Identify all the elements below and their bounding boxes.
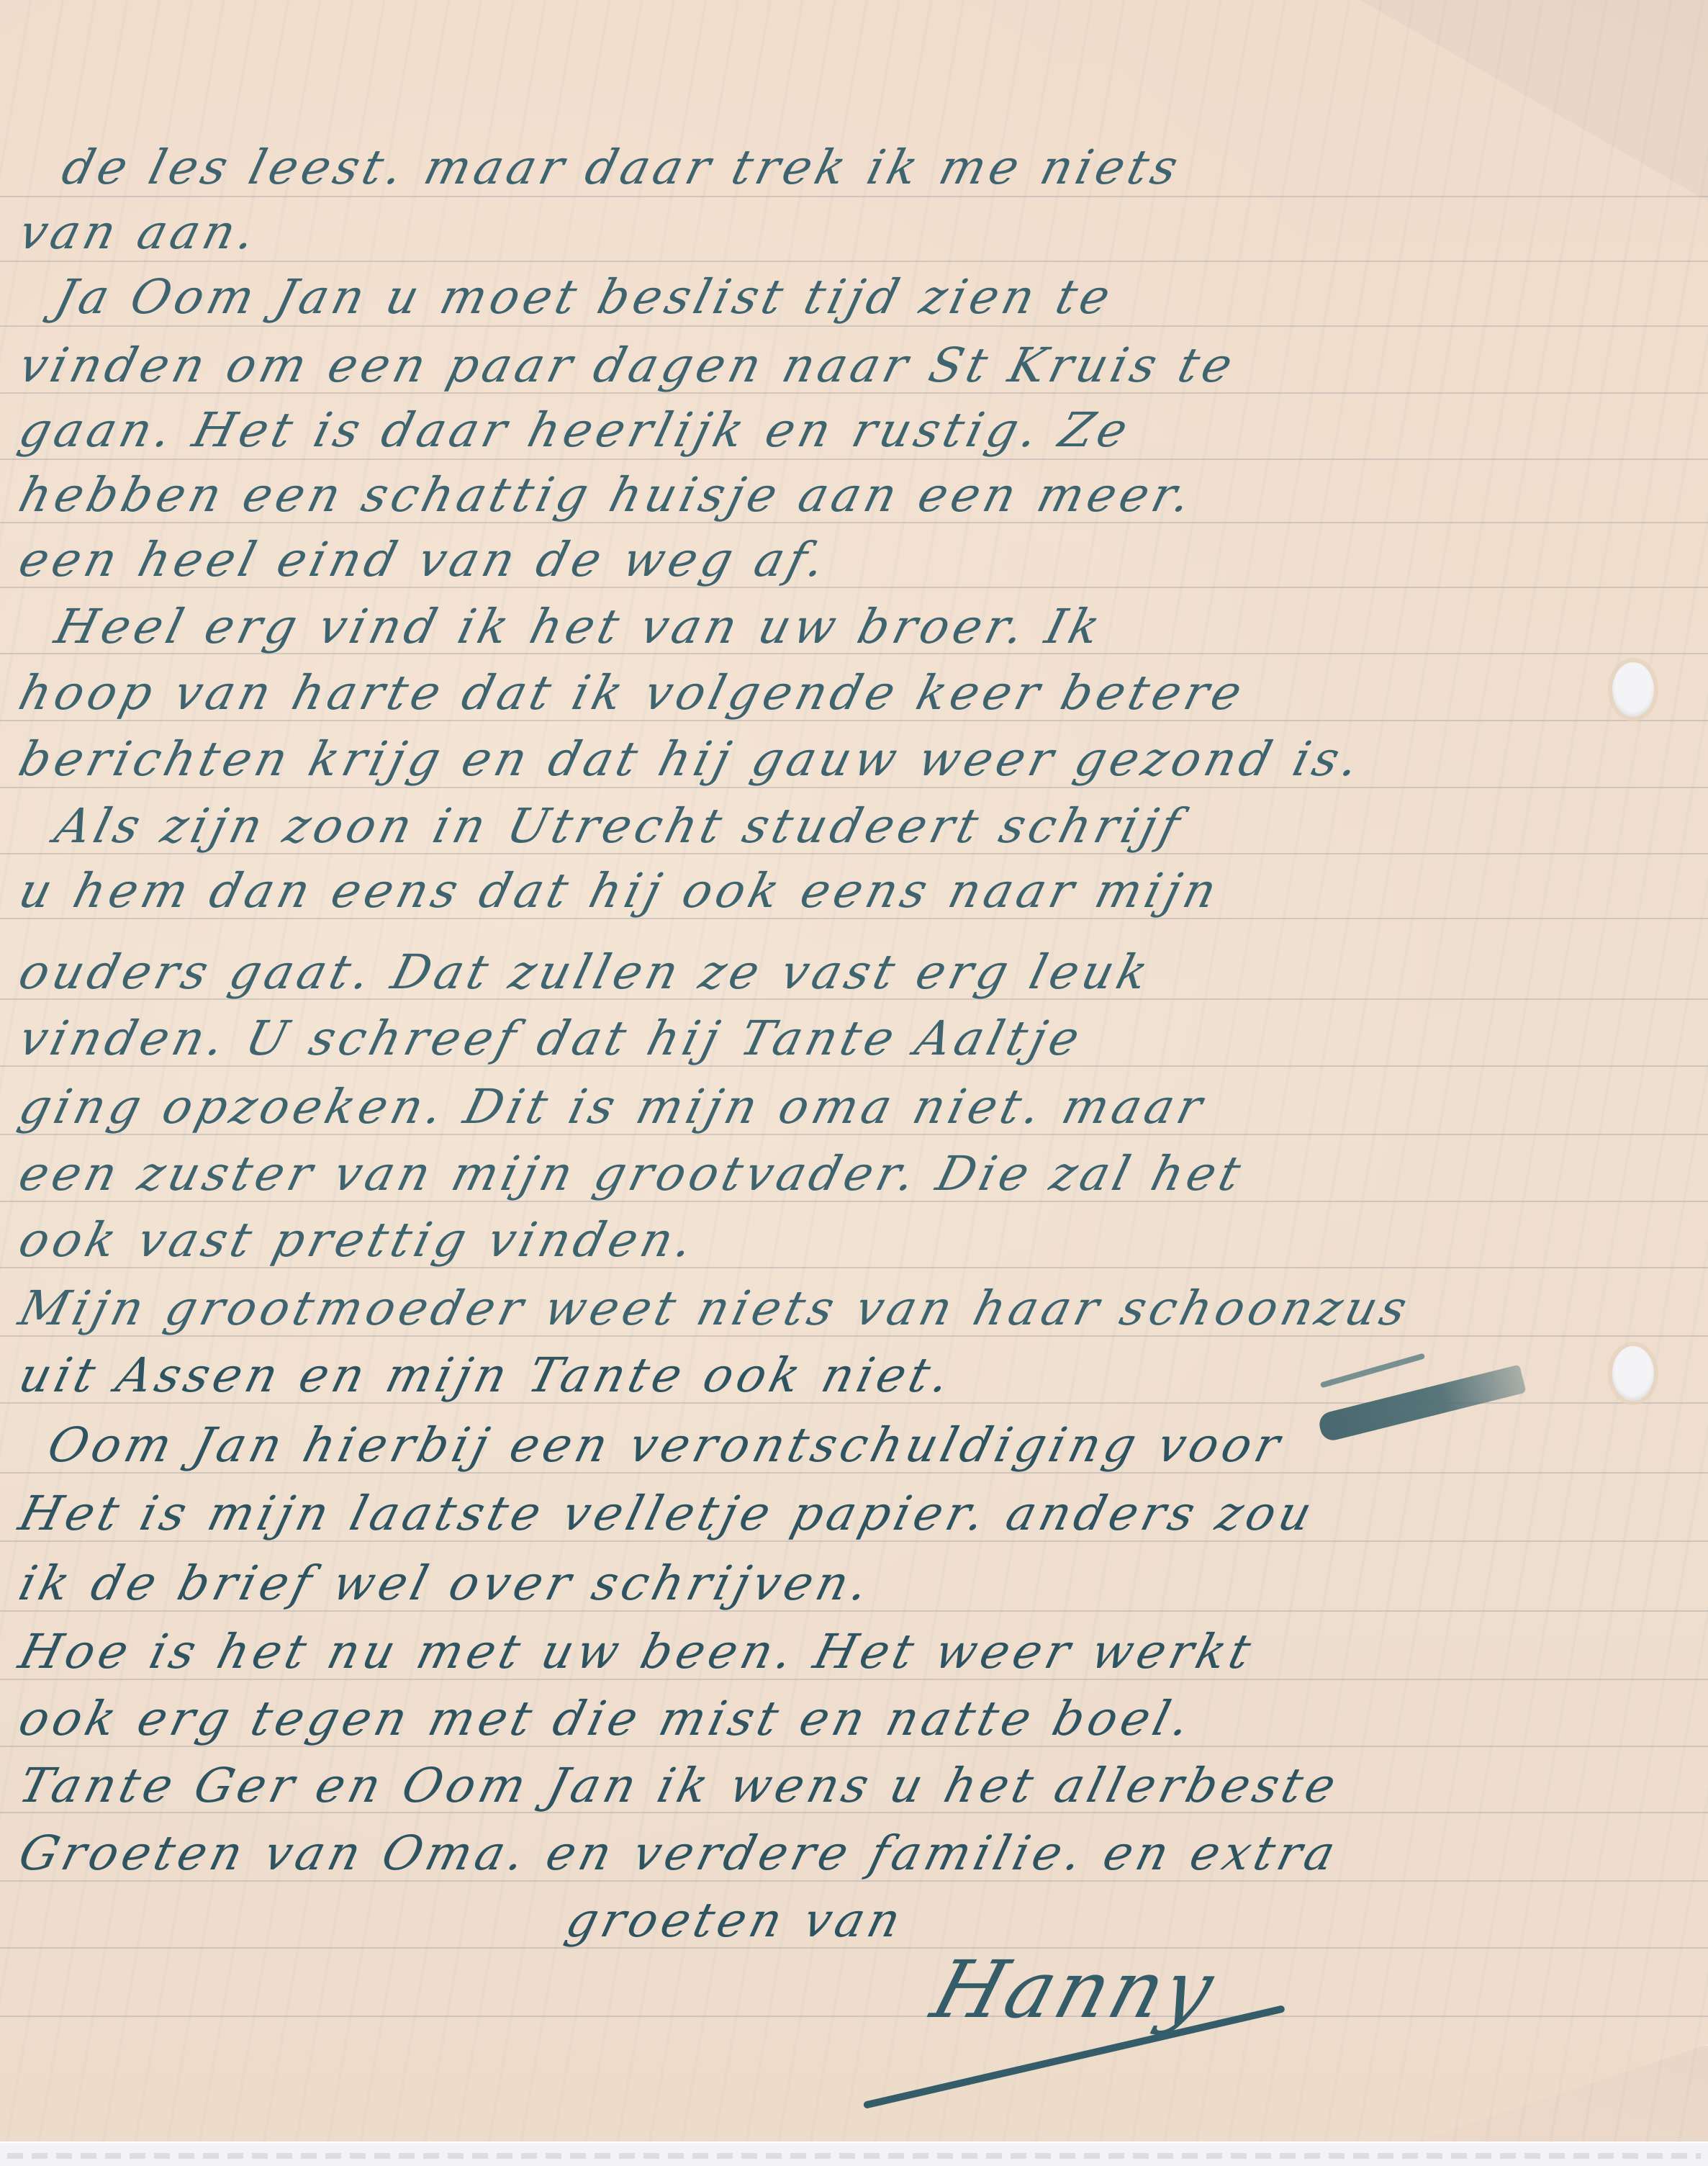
letter-line-25: Tante Ger en Oom Jan ik wens u het aller… — [14, 1762, 1345, 1810]
ruled-line — [0, 196, 1708, 197]
letter-line-27: groeten van — [561, 1897, 909, 1944]
scanner-edge-strip — [0, 2142, 1708, 2166]
letter-line-1: de les leest. maar daar trek ik me niets — [58, 144, 1187, 191]
letter-line-26: Groeten van Oma. en verdere familie. en … — [14, 1830, 1344, 1877]
letter-line-21: Het is mijn laatste velletje papier. and… — [14, 1490, 1320, 1538]
letter-line-20: Oom Jan hierbij een verontschuldiging vo… — [43, 1422, 1288, 1469]
ruled-line — [0, 325, 1708, 327]
letter-line-5: gaan. Het is daar heerlijk en rustig. Ze — [14, 407, 1136, 454]
letter-line-19: uit Assen en mijn Tante ook niet. — [14, 1352, 959, 1399]
letter-line-11: Als zijn zoon in Utrecht studeert schrij… — [50, 803, 1188, 850]
letter-line-16: een zuster van mijn grootvader. Die zal … — [14, 1150, 1249, 1198]
letter-line-9: hoop van harte dat ik volgende keer bete… — [14, 669, 1250, 717]
letter-line-15: ging opzoeken. Dit is mijn oma niet. maa… — [14, 1083, 1211, 1131]
letter-line-2: van aan. — [14, 209, 264, 256]
letter-line-12: u hem dan eens dat hij ook eens naar mij… — [14, 867, 1225, 915]
scanner-edge-pattern — [7, 2153, 1701, 2159]
ruled-line — [0, 261, 1708, 262]
letter-line-6: hebben een schattig huisje aan een meer. — [14, 471, 1200, 519]
letter-line-13: ouders gaat. Dat zullen ze vast erg leuk — [14, 949, 1157, 996]
letter-line-4: vinden om een paar dagen naar St Kruis t… — [14, 342, 1241, 389]
letter-line-24: ook erg tegen met die mist en natte boel… — [14, 1695, 1198, 1743]
letter-line-10: berichten krijg en dat hij gauw weer gez… — [14, 736, 1368, 783]
punch-hole-upper — [1612, 662, 1654, 717]
ruled-line — [0, 787, 1708, 788]
letter-line-3: Ja Oom Jan u moet beslist tijd zien te — [50, 274, 1119, 321]
letter-line-8: Heel erg vind ik het van uw broer. Ik — [50, 603, 1108, 651]
ruled-line — [0, 459, 1708, 460]
ruled-line — [0, 2016, 1708, 2017]
signature: Hanny — [923, 1944, 1226, 2036]
letter-line-17: ook vast prettig vinden. — [14, 1217, 702, 1264]
letter-line-18: Mijn grootmoeder weet niets van haar sch… — [14, 1285, 1416, 1332]
letter-line-14: vinden. U schreef dat hij Tante Aaltje — [14, 1015, 1088, 1062]
punch-hole-lower — [1612, 1346, 1654, 1401]
letter-line-23: Hoe is het nu met uw been. Het weer werk… — [14, 1628, 1260, 1676]
letter-line-7: een heel eind van de weg af. — [14, 536, 833, 584]
letter-line-22: ik de brief wel over schrijven. — [14, 1560, 877, 1607]
